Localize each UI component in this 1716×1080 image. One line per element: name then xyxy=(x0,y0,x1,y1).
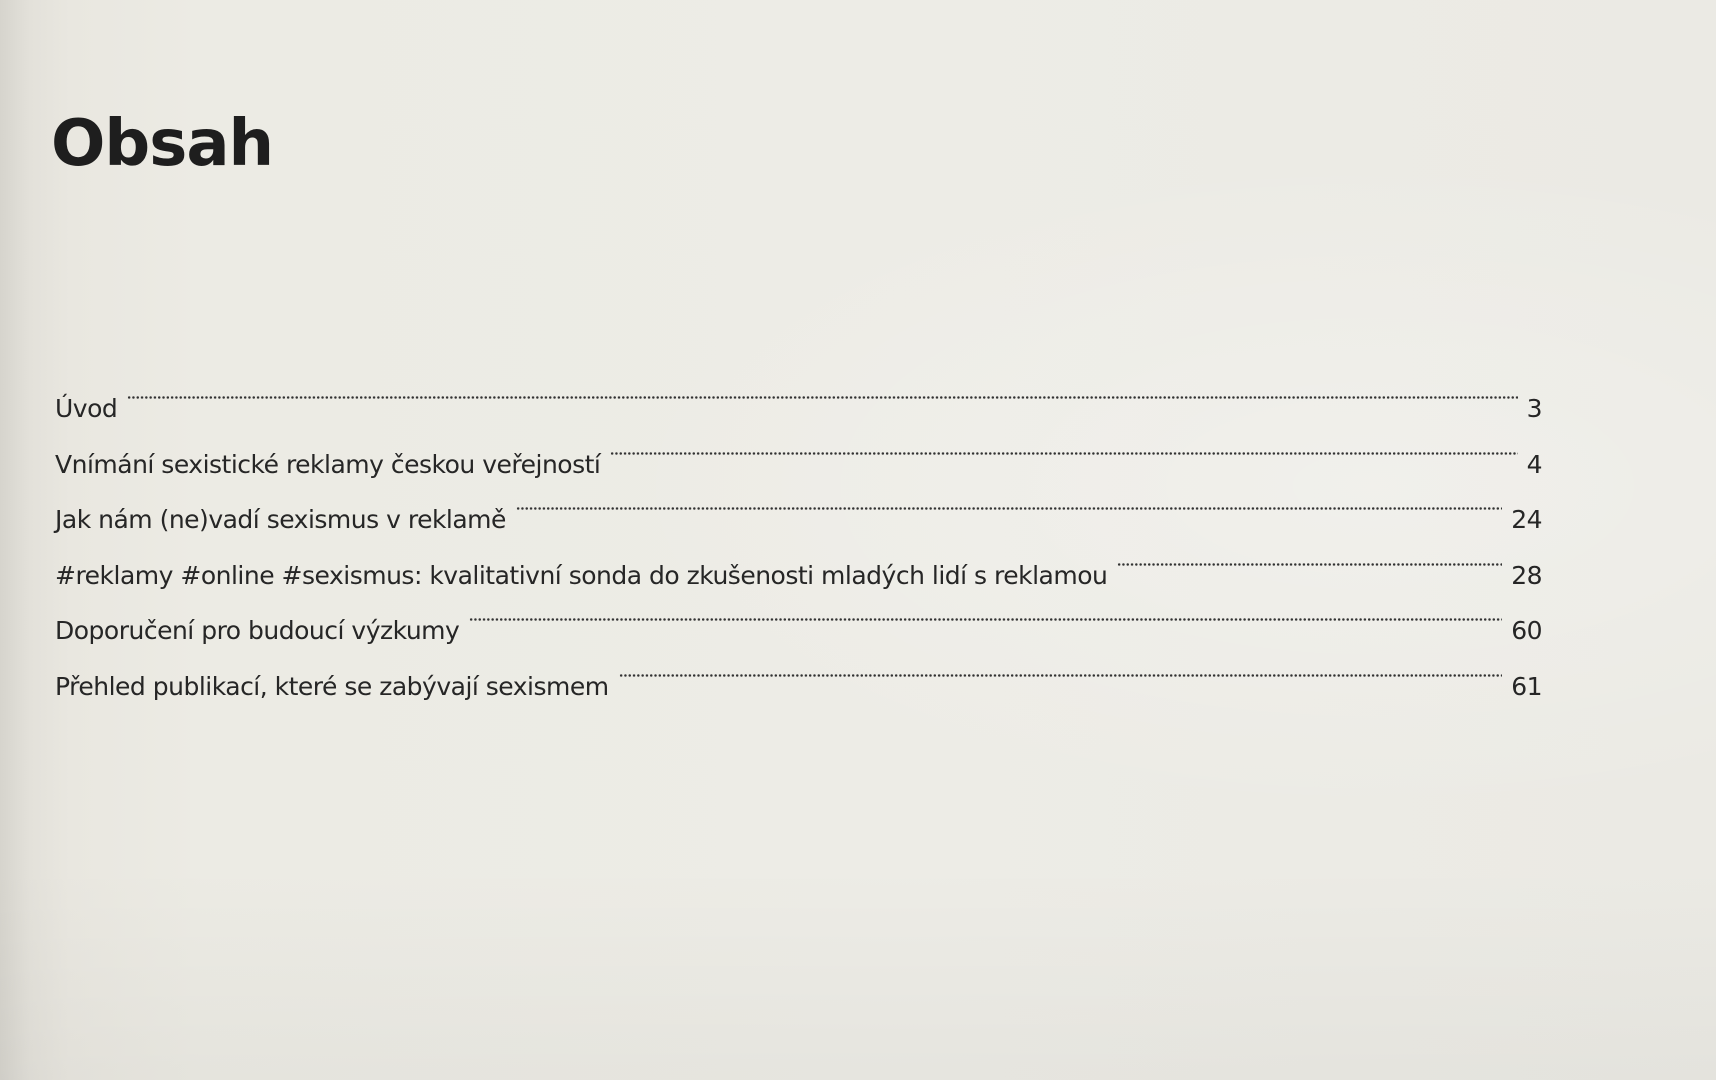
dot-leader-line xyxy=(469,618,1502,621)
dot-leader xyxy=(469,618,1502,674)
toc-entry-page: 28 xyxy=(1511,563,1542,588)
toc-entry: Jak nám (ne)vadí sexismus v reklamě 24 xyxy=(55,507,1542,563)
toc-entry-page: 60 xyxy=(1511,618,1542,643)
toc-entry: Vnímání sexistické reklamy českou veřejn… xyxy=(55,452,1542,508)
toc-entry-page: 3 xyxy=(1527,396,1542,421)
page-title: Obsah xyxy=(51,112,273,176)
toc-entry: Doporučení pro budoucí výzkumy 60 xyxy=(55,618,1542,674)
toc-entry-label: Přehled publikací, které se zabývají sex… xyxy=(55,674,609,699)
dot-leader-line xyxy=(516,507,1502,510)
dot-leader-line xyxy=(127,396,1517,399)
dot-leader-line xyxy=(1117,563,1502,566)
toc-entry-label: #reklamy #online #sexismus: kvalitativní… xyxy=(55,563,1107,588)
dot-leader-line xyxy=(610,452,1517,455)
dot-leader-line xyxy=(619,674,1503,677)
toc-entry-label: Vnímání sexistické reklamy českou veřejn… xyxy=(55,452,600,477)
dot-leader xyxy=(619,674,1503,730)
toc-entry-page: 4 xyxy=(1527,452,1542,477)
scanned-page: Obsah Úvod 3 Vnímání sexistické reklamy … xyxy=(0,0,1716,1080)
dot-leader xyxy=(127,396,1517,452)
toc-entry-label: Úvod xyxy=(55,396,117,421)
toc-entry-label: Doporučení pro budoucí výzkumy xyxy=(55,618,459,643)
toc-entry: Přehled publikací, které se zabývají sex… xyxy=(55,674,1542,730)
toc-entry: Úvod 3 xyxy=(55,396,1542,452)
dot-leader xyxy=(610,452,1517,508)
dot-leader xyxy=(516,507,1502,563)
toc-entry-page: 61 xyxy=(1511,674,1542,699)
dot-leader xyxy=(1117,563,1502,619)
table-of-contents: Úvod 3 Vnímání sexistické reklamy českou… xyxy=(55,396,1542,729)
toc-entry-page: 24 xyxy=(1511,507,1542,532)
toc-entry: #reklamy #online #sexismus: kvalitativní… xyxy=(55,563,1542,619)
toc-entry-label: Jak nám (ne)vadí sexismus v reklamě xyxy=(55,507,506,532)
